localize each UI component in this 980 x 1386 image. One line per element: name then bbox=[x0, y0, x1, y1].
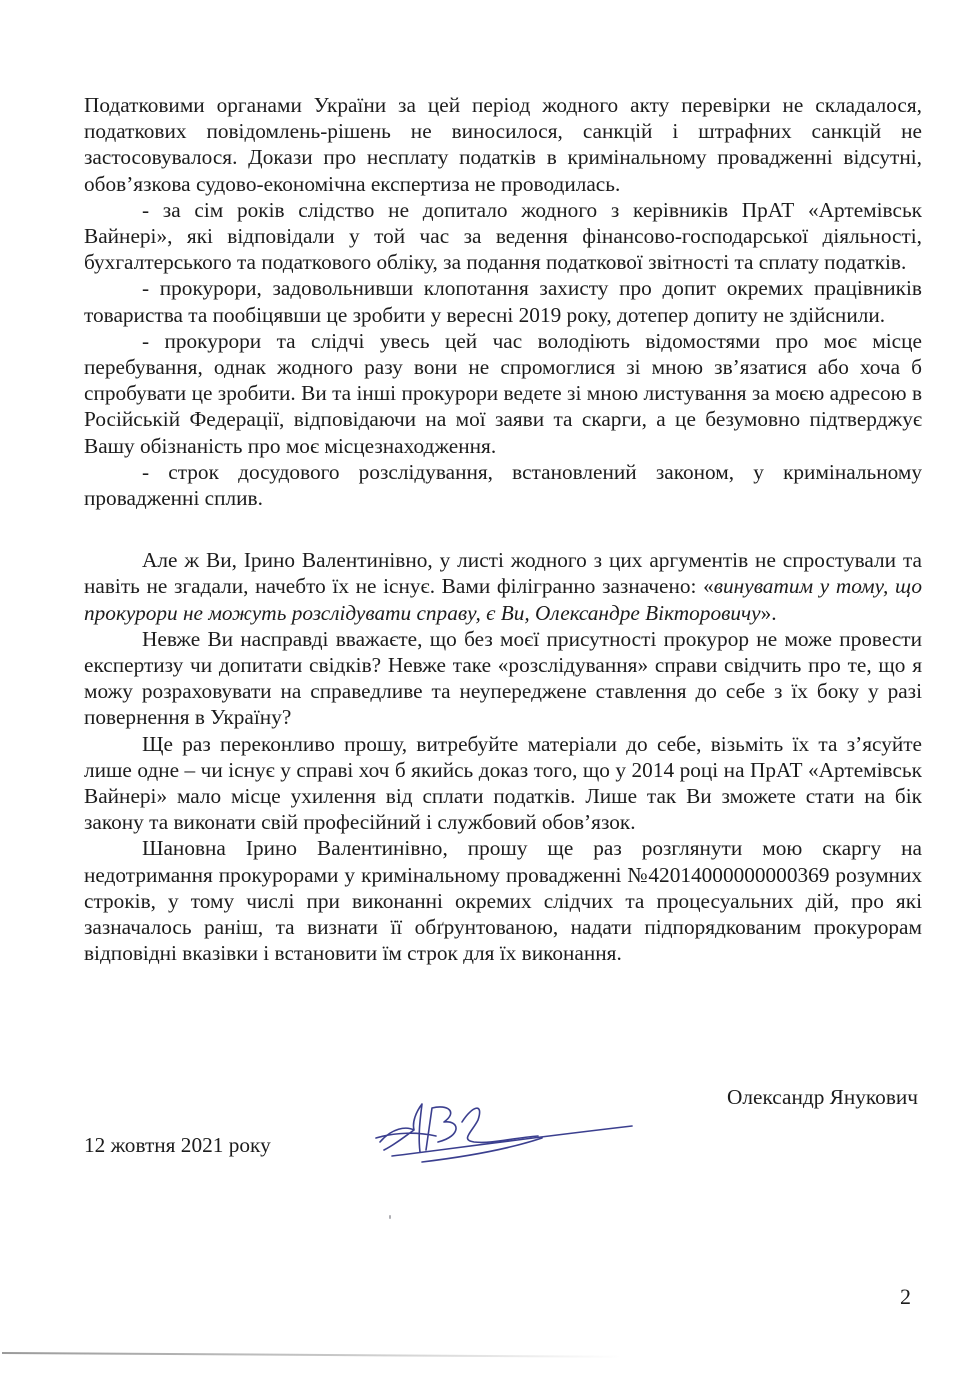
paragraph-request-materials: Ще раз переконливо прошу, витребуйте мат… bbox=[84, 731, 922, 836]
page-number: 2 bbox=[900, 1284, 911, 1310]
scan-edge-line bbox=[2, 1352, 622, 1358]
signatory-name: Олександр Янукович bbox=[727, 1085, 918, 1110]
letter-date: 12 жовтня 2021 року bbox=[84, 1133, 271, 1158]
paragraph-tax-audit: Податковими органами України за цей пері… bbox=[84, 92, 922, 197]
paragraph-no-interrogation: - за сім років слідство не допитало жодн… bbox=[84, 197, 922, 276]
signature-icon bbox=[362, 1092, 642, 1172]
paragraph-quoted-response: Але ж Ви, Ірино Валентинівно, у листі жо… bbox=[84, 547, 922, 626]
letter-body: Податковими органами України за цей пері… bbox=[84, 92, 922, 967]
paragraph-promised-interrogation: - прокурори, задовольнивши клопотання за… bbox=[84, 275, 922, 327]
quote-tail-text: ». bbox=[761, 601, 777, 625]
paragraph-final-request: Шановна Ірино Валентинівно, прошу ще раз… bbox=[84, 835, 922, 966]
scan-artifact bbox=[389, 1215, 391, 1219]
paragraph-term-expired: - строк досудового розслідування, встано… bbox=[84, 459, 922, 511]
paragraph-rhetorical-questions: Невже Ви насправді вважаєте, що без моєї… bbox=[84, 626, 922, 731]
paragraph-known-location: - прокурори та слідчі увесь цей час воло… bbox=[84, 328, 922, 459]
handwritten-signature bbox=[362, 1092, 642, 1172]
